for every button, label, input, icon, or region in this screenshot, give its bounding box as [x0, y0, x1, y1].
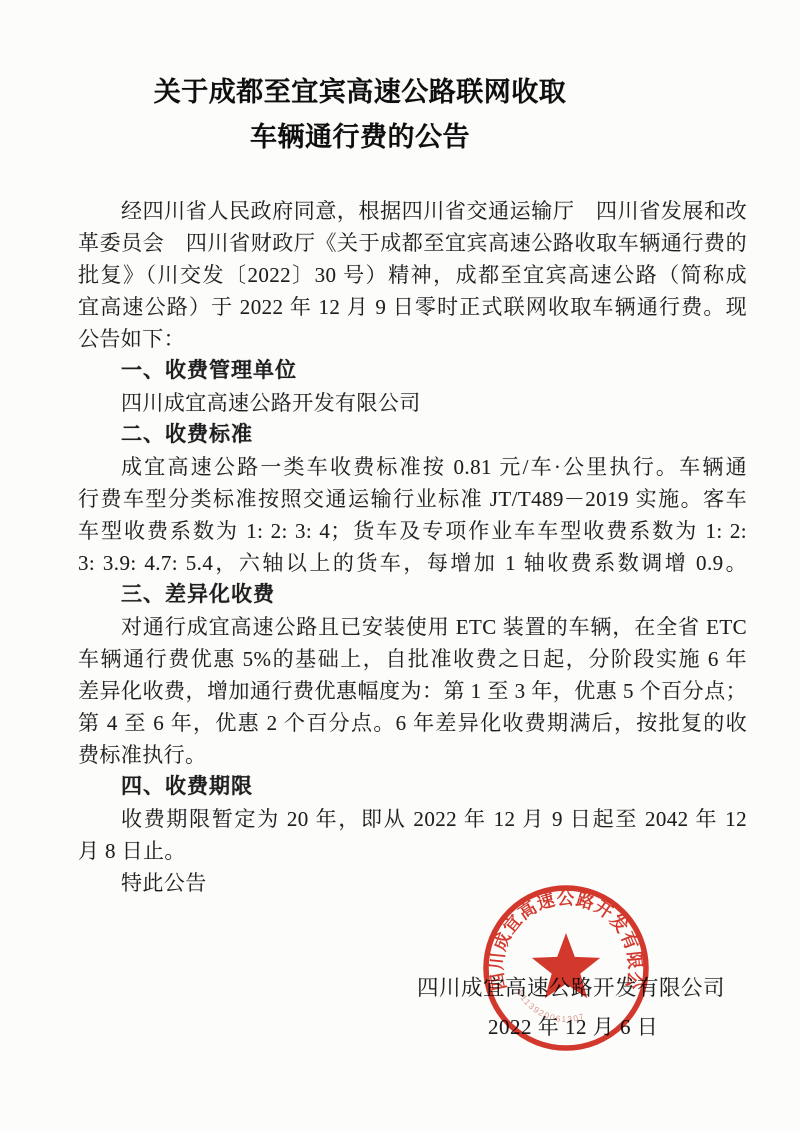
- document-line: 费标准执行。: [78, 739, 747, 771]
- seal-star-icon: [532, 933, 600, 998]
- document-line: 车型收费系数为 1: 2: 3: 4；货车及专项作业车车型收费系数为 1: 2:: [78, 515, 747, 547]
- document-line: 3: 3.9: 4.7: 5.4，六轴以上的货车，每增加 1 轴收费系数调增 0…: [78, 547, 747, 579]
- document-line: 批复》（川交发〔2022〕30 号）精神，成都至宜宾高速公路（简称成: [78, 259, 747, 291]
- document-line: 宜高速公路）于 2022 年 12 月 9 日零时正式联网收取车辆通行费。现: [78, 291, 747, 323]
- official-seal: 四川成宜高速公路开发有限公司 5113920061307: [471, 873, 661, 1063]
- document-line: 月 8 日止。: [78, 835, 747, 867]
- document-line: 革委员会 四川省财政厅《关于成都至宜宾高速公路收取车辆通行费的: [78, 227, 747, 259]
- document-line: 成宜高速公路一类车收费标准按 0.81 元/车·公里执行。车辆通: [78, 451, 747, 483]
- document-line: 对通行成宜高速公路且已安装使用 ETC 装置的车辆，在全省 ETC: [78, 611, 747, 643]
- title-line-2: 车辆通行费的公告: [0, 115, 760, 160]
- section-heading: 一、收费管理单位: [78, 355, 747, 387]
- document-line: 收费期限暂定为 20 年，即从 2022 年 12 月 9 日起至 2042 年…: [78, 803, 747, 835]
- document-line: 车辆通行费优惠 5%的基础上，自批准收费之日起，分阶段实施 6 年: [78, 643, 747, 675]
- section-heading: 三、差异化收费: [78, 579, 747, 611]
- document-line: 公告如下：: [78, 323, 747, 355]
- document-line: 经四川省人民政府同意，根据四川省交通运输厅 四川省发展和改: [78, 195, 747, 227]
- document-line: 差异化收费，增加通行费优惠幅度为：第 1 至 3 年，优惠 5 个百分点；: [78, 675, 747, 707]
- announcement-page: 关于成都至宜宾高速公路联网收取 车辆通行费的公告 经四川省人民政府同意，根据四川…: [0, 0, 800, 1132]
- section-heading: 二、收费标准: [78, 419, 747, 451]
- document-title: 关于成都至宜宾高速公路联网收取 车辆通行费的公告: [0, 70, 760, 160]
- document-line: 行费车型分类标准按照交通运输行业标准 JT/T489－2019 实施。客车: [78, 483, 747, 515]
- title-line-1: 关于成都至宜宾高速公路联网收取: [0, 70, 760, 115]
- document-body: 经四川省人民政府同意，根据四川省交通运输厅 四川省发展和改革委员会 四川省财政厅…: [78, 195, 747, 899]
- document-line: 第 4 至 6 年，优惠 2 个百分点。6 年差异化收费期满后，按批复的收: [78, 707, 747, 739]
- section-heading: 四、收费期限: [78, 771, 747, 803]
- document-line: 四川成宜高速公路开发有限公司: [78, 387, 747, 419]
